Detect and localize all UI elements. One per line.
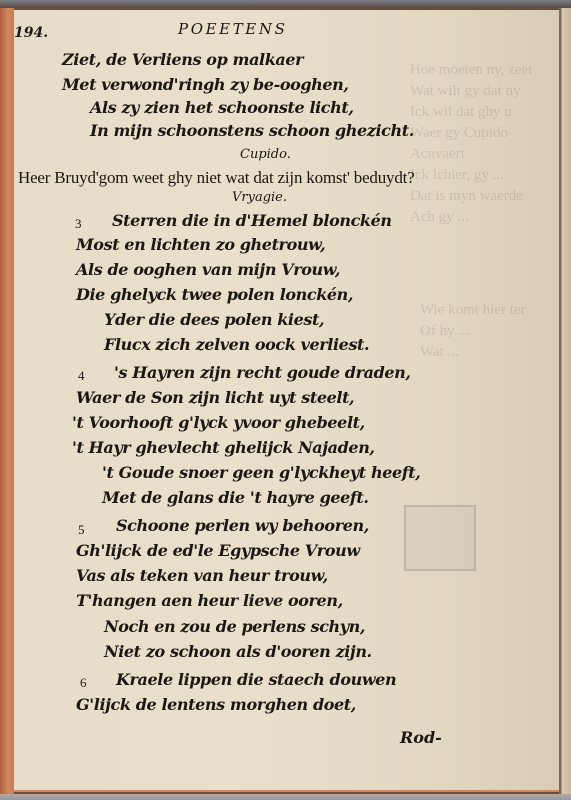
- verse-line: Ziet, de Verliens op malkaer: [62, 50, 303, 69]
- verse-line: In mijn schoonstens schoon ghezicht.: [90, 121, 414, 140]
- speaker-label: Vryagie.: [232, 190, 287, 205]
- verse-line: Sterren die in d'Hemel blonckén: [112, 211, 392, 230]
- verse-line: Yder die dees polen kiest,: [104, 310, 324, 329]
- verse-line: Schoone perlen wy behooren,: [116, 516, 369, 535]
- verse-line: Noch en zou de perlens schyn,: [104, 617, 365, 636]
- verse-line: G'lijck de lentens morghen doet,: [76, 695, 356, 714]
- page-text: 194. POEETENS Ziet, de Verliens op malka…: [0, 0, 571, 800]
- stanza-number: 3: [75, 216, 82, 232]
- verse-line: Flucx zich zelven oock verliest.: [104, 335, 369, 354]
- book-scan: Hoe moeten ny, zeet Wat wilt gy dat ny I…: [0, 0, 571, 800]
- verse-line: Als de ooghen van mijn Vrouw,: [76, 260, 340, 279]
- verse-line: Met de glans die 't hayre geeft.: [102, 488, 369, 507]
- verse-line: Gh'lijck de ed'le Egypsche Vrouw: [76, 541, 360, 560]
- verse-line: Waer de Son zijn licht uyt steelt,: [76, 388, 354, 407]
- verse-line: 't Hayr ghevlecht ghelijck Najaden,: [72, 438, 375, 457]
- stanza-number: 5: [78, 522, 85, 538]
- verse-line: 't Voorhooft g'lyck yvoor ghebeelt,: [72, 413, 365, 432]
- verse-line: Als zy zien het schoonste licht,: [90, 98, 354, 117]
- verse-line: Kraele lippen die staech douwen: [116, 670, 396, 689]
- stanza-number: 6: [80, 675, 87, 691]
- page-number: 194.: [14, 25, 48, 41]
- speaker-label: Cupido.: [240, 147, 291, 162]
- catchword: Rod-: [400, 728, 442, 747]
- verse-line: 's Hayren zijn recht goude draden,: [114, 363, 411, 382]
- verse-line: Vas als teken van heur trouw,: [76, 566, 328, 585]
- verse-line: Most en lichten zo ghetrouw,: [76, 235, 325, 254]
- verse-line: Niet zo schoon als d'ooren zijn.: [104, 642, 372, 661]
- dialogue-line: Heer Bruyd'gom weet ghy niet wat dat zij…: [18, 168, 415, 188]
- stanza-number: 4: [78, 368, 85, 384]
- verse-line: 't Goude snoer geen g'lyckheyt heeft,: [102, 463, 420, 482]
- verse-line: Die ghelyck twee polen lonckén,: [76, 285, 353, 304]
- running-head: POEETENS: [178, 20, 287, 38]
- verse-line: T'hangen aen heur lieve ooren,: [76, 591, 343, 610]
- verse-line: Met verwond'ringh zy be-ooghen,: [62, 75, 349, 94]
